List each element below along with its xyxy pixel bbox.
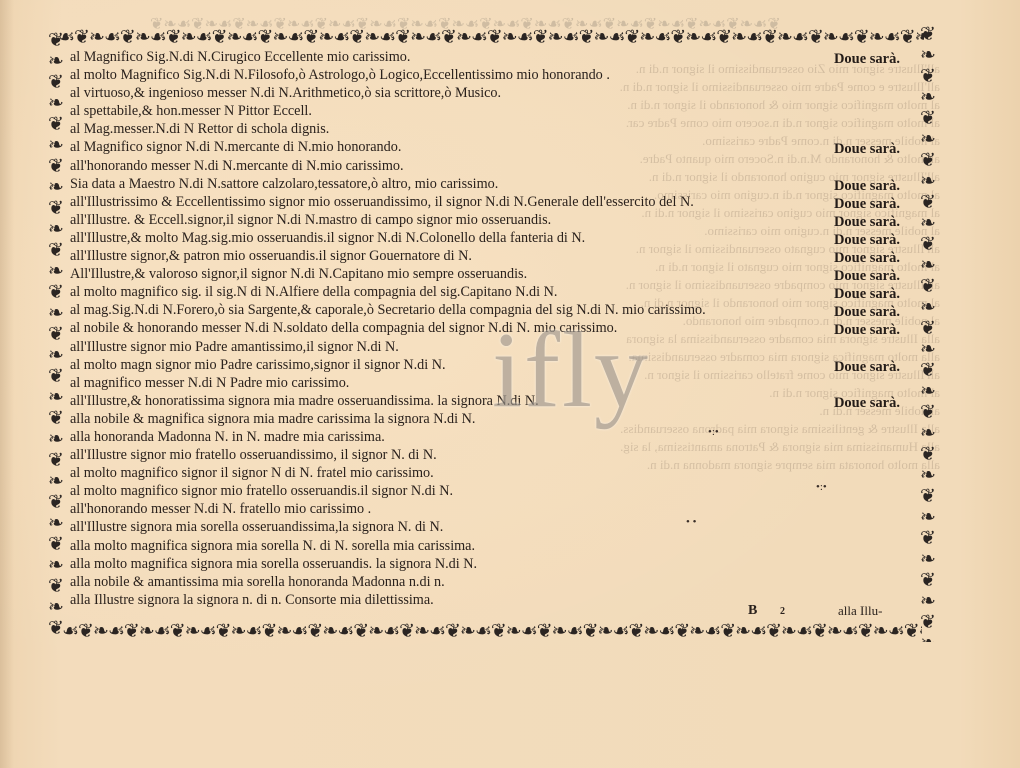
address-text: all'Illustrissimo & Eccellentissimo sign… — [70, 193, 694, 211]
address-text: all'Illustre,& honoratissima signora mia… — [70, 392, 539, 410]
page-gutter-shadow — [0, 0, 14, 768]
address-text: all'Illustre signor mio fratello osserua… — [70, 446, 437, 464]
address-line: al spettabile,& hon.messer N Pittor Ecce… — [70, 102, 910, 120]
ink-specks: • • — [686, 516, 696, 528]
address-text: al virtuoso,& ingenioso messer N.di N.Ar… — [70, 84, 501, 102]
address-text: all'Illustre. & Eccell.signor,il signor … — [70, 211, 551, 229]
address-line: all'Illustre,& molto Mag.sig.mio osserua… — [70, 229, 910, 247]
catchword: alla Illu- — [838, 603, 882, 619]
address-line: al mag.Sig.N.di N.Forero,ò sia Sargente,… — [70, 301, 910, 319]
address-line: all'Illustre signora mia sorella osserua… — [70, 518, 910, 536]
address-line: all'Illustre signor,& patron mio osserua… — [70, 247, 910, 265]
address-text: al Magnifico Sig.N.di N.Cirugico Eccelle… — [70, 48, 410, 66]
address-line: al molto magnifico signor il signor N di… — [70, 464, 910, 482]
address-line: al molto magn signor mio Padre carissimo… — [70, 356, 910, 374]
address-text: al molto magnifico signor mio fratello o… — [70, 482, 453, 500]
address-text: alla honoranda Madonna N. in N. madre mi… — [70, 428, 385, 446]
address-text: all'Illustre signora mia sorella osserua… — [70, 518, 443, 536]
address-text: al spettabile,& hon.messer N Pittor Ecce… — [70, 102, 312, 120]
address-line: all'Illustre,& honoratissima signora mia… — [70, 392, 910, 410]
address-line: al Magnifico signor N.di N.mercante di N… — [70, 138, 910, 156]
signature-number: 2 — [780, 606, 785, 617]
address-line: alla nobile & amantissima mia sorella ho… — [70, 573, 910, 591]
address-line: al magnifico messer N.di N Padre mio car… — [70, 374, 910, 392]
address-line: all'Illustre. & Eccell.signor,il signor … — [70, 211, 910, 229]
address-text: alla molto magnifica signora mia sorella… — [70, 555, 477, 573]
address-text: all'Illustre signor,& patron mio osserua… — [70, 247, 472, 265]
address-line: al virtuoso,& ingenioso messer N.di N.Ar… — [70, 84, 910, 102]
ornamental-border-bottom: ☙❦❧☙❦❧☙❦❧☙❦❧☙❦❧☙❦❧☙❦❧☙❦❧☙❦❧☙❦❧☙❦❧☙❦❧☙❦❧☙… — [62, 620, 922, 642]
ornamental-border-top: ☙❦❧☙❦❧☙❦❧☙❦❧☙❦❧☙❦❧☙❦❧☙❦❧☙❦❧☙❦❧☙❦❧☙❦❧☙❦❧☙… — [58, 26, 924, 48]
address-text: all'Illustre signor mio Padre amantissim… — [70, 338, 399, 356]
address-text: alla Illustre signora la signora n. di n… — [70, 591, 434, 609]
address-text: al molto magnifico signor il signor N di… — [70, 464, 434, 482]
address-text: al molto magnifico sig. il sig.N di N.Al… — [70, 283, 557, 301]
watermark: ifly — [492, 316, 650, 426]
address-line: alla molto magnifica signora mia sorella… — [70, 555, 910, 573]
ink-specks: •:• — [816, 481, 827, 493]
address-text: alla nobile & magnifica signora mia madr… — [70, 410, 475, 428]
address-line: all'honorando messer N.di N. fratello mi… — [70, 500, 910, 518]
address-line: al molto magnifico signor mio fratello o… — [70, 482, 910, 500]
address-text: all'Illustre,& molto Mag.sig.mio osserua… — [70, 229, 585, 247]
address-line: al molto Magnifico Sig.N.di N.Filosofo,ò… — [70, 66, 910, 84]
document-page: all'Illustre signor mio Zio osseruandiss… — [0, 0, 1020, 768]
address-text: alla molto magnifica signora mia sorella… — [70, 537, 475, 555]
address-line: alla molto magnifica signora mia sorella… — [70, 537, 910, 555]
address-text: alla nobile & amantissima mia sorella ho… — [70, 573, 445, 591]
signature-mark: B — [748, 603, 757, 619]
address-line: al Mag.messer.N.di N Rettor di schola di… — [70, 120, 910, 138]
address-line: Sia data a Maestro N.di N.sattore calzol… — [70, 175, 910, 193]
address-list: al Magnifico Sig.N.di N.Cirugico Eccelle… — [70, 48, 910, 609]
address-text: al Magnifico signor N.di N.mercante di N… — [70, 138, 401, 156]
address-text: al magnifico messer N.di N Padre mio car… — [70, 374, 349, 392]
address-line: al Magnifico Sig.N.di N.Cirugico Eccelle… — [70, 48, 910, 66]
address-text: al Mag.messer.N.di N Rettor di schola di… — [70, 120, 329, 138]
ornamental-border-left: ❦❧❦❧❦❧❦❧❦❧❦❧❦❧❦❧❦❧❦❧❦❧❦❧❦❧❦❧❦❧❦❧❦❧❦❧❦❧❦❧… — [44, 30, 68, 644]
address-line: all'Illustre signor mio fratello osserua… — [70, 446, 910, 464]
address-line: all'honorando messer N.di N.mercante di … — [70, 157, 910, 175]
address-text: all'honorando messer N.di N.mercante di … — [70, 157, 404, 175]
address-line: all'Illustre signor mio Padre amantissim… — [70, 338, 910, 356]
ink-specks: •:• — [708, 426, 719, 438]
address-line: al nobile & honorando messer N.di N.sold… — [70, 319, 910, 337]
address-line: alla honoranda Madonna N. in N. madre mi… — [70, 428, 910, 446]
address-line: alla nobile & magnifica signora mia madr… — [70, 410, 910, 428]
address-text: All'Illustre,& valoroso signor,il signor… — [70, 265, 527, 283]
address-text: al molto Magnifico Sig.N.di N.Filosofo,ò… — [70, 66, 610, 84]
address-line: al molto magnifico sig. il sig.N di N.Al… — [70, 283, 910, 301]
address-line: all'Illustrissimo & Eccellentissimo sign… — [70, 193, 910, 211]
address-line: All'Illustre,& valoroso signor,il signor… — [70, 265, 910, 283]
address-text: all'honorando messer N.di N. fratello mi… — [70, 500, 371, 518]
address-text: Sia data a Maestro N.di N.sattore calzol… — [70, 175, 498, 193]
address-text: al molto magn signor mio Padre carissimo… — [70, 356, 446, 374]
ornamental-border-right: ❦❧❦❧❦❧❦❧❦❧❦❧❦❧❦❧❦❧❦❧❦❧❦❧❦❧❦❧❦❧❦❧❦❧❦❧❦❧❦❧… — [916, 24, 940, 642]
